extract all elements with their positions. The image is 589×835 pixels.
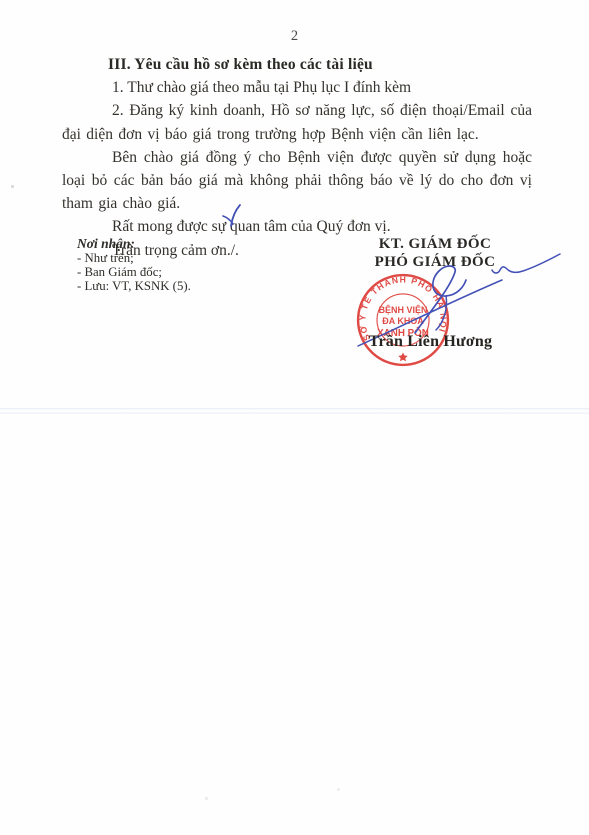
page-number: 2	[0, 28, 589, 45]
signature-flick	[492, 254, 560, 273]
scan-speck	[205, 797, 208, 800]
recipient-item: - Lưu: VT, KSNK (5).	[77, 280, 267, 294]
scan-speck	[337, 788, 340, 791]
paragraph-3: Bên chào giá đồng ý cho Bệnh viện được q…	[62, 146, 532, 216]
recipients-block: Nơi nhận: - Như trên; - Ban Giám đốc; - …	[77, 236, 267, 293]
recipient-item: - Ban Giám đốc;	[77, 266, 267, 280]
document-body: III. Yêu cầu hồ sơ kèm theo các tài liệu…	[62, 53, 532, 262]
scan-fold-artifact	[0, 408, 589, 414]
recipient-item: - Như trên;	[77, 252, 267, 266]
scanned-document-page: 2 III. Yêu cầu hồ sơ kèm theo các tài li…	[0, 0, 589, 835]
paragraph-2: 2. Đăng ký kinh doanh, Hồ sơ năng lực, s…	[62, 99, 532, 145]
recipients-label: Nơi nhận:	[77, 236, 267, 252]
pen-flick-icon	[219, 202, 245, 232]
paragraph-1: 1. Thư chào giá theo mẫu tại Phụ lục I đ…	[62, 76, 532, 99]
signer-name: Trần Liên Hương	[358, 333, 503, 351]
scan-speck	[11, 185, 14, 188]
section-heading: III. Yêu cầu hồ sơ kèm theo các tài liệu	[62, 53, 532, 76]
